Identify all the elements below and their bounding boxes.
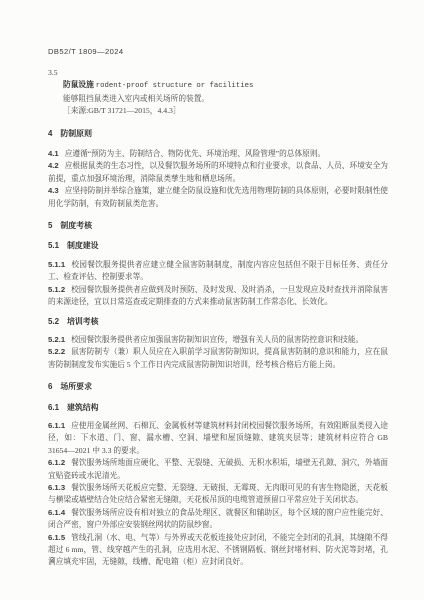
clause-5-2-1-text: 校园餐饮服务提供者应加强鼠害防制知识宣传，增强有关人员的鼠害防控意识和技能。 (71, 335, 363, 344)
term-name-zh: 防鼠设施 (63, 80, 94, 89)
term-line: 防鼠设施 rodent-proof structure or facilitie… (48, 79, 388, 92)
section-4-number: 4 (48, 129, 52, 138)
clause-4-2: 4.2应根据鼠类的生态习性，以及餐饮服务场所的环境特点和行业要求，以食品、人员、… (48, 160, 388, 185)
subsection-5-1-number: 5.1 (48, 241, 59, 250)
subsection-6-1-number: 6.1 (48, 403, 59, 412)
clause-6-1-4: 6.1.4餐饮服务场所应设有相对独立的食品处理区、就餐区和辅助区，每个区域的窗户… (48, 507, 388, 532)
clause-6-1-5: 6.1.5管线孔洞（水、电、气等）与外界或天花板连接处应封闭，不能完全封闭的孔洞… (48, 532, 388, 569)
clause-5-1-2-number: 5.1.2 (48, 285, 65, 294)
clause-6-1-3: 6.1.3餐饮服务场所天花板应完整、无裂缝、无破损、无霉斑、无肉眼可见的有害生物… (48, 482, 388, 507)
subsection-6-1-title: 建筑结构 (67, 403, 99, 412)
clause-6-1-1: 6.1.1应使用金属丝网、石棉瓦、金属板材等建筑材料封闭校园餐饮服务场所，有效阻… (48, 420, 388, 457)
clause-5-2-2: 5.2.2鼠害防制专（兼）职人员应在入职前学习鼠害防制知识，提高鼠害防制的意识和… (48, 346, 388, 371)
section-5-number: 5 (48, 221, 52, 230)
subsection-6-1-heading: 6.1建筑结构 (48, 402, 388, 414)
section-5-heading: 5制度考核 (48, 220, 388, 232)
clause-4-3-number: 4.3 (48, 186, 59, 195)
clause-4-2-number: 4.2 (48, 161, 59, 170)
section-6: 6场所要求 6.1建筑结构 6.1.1应使用金属丝网、石棉瓦、金属板材等建筑材料… (48, 381, 388, 569)
clause-6-1-1-text: 应使用金属丝网、石棉瓦、金属板材等建筑材料封闭校园餐饮服务场所，有效阻断鼠类侵入… (48, 421, 388, 455)
subsection-5-2-number: 5.2 (48, 317, 59, 326)
clause-4-1: 4.1应遵循“预防为主、防制结合、物防优先、环境治理、风险管理”的总体原则。 (48, 148, 388, 160)
clause-6-1-3-text: 餐饮服务场所天花板应完整、无裂缝、无破损、无霉斑、无肉眼可见的有害生物隐匿，天花… (48, 483, 388, 504)
document-code: DB52/T 1809—2024 (48, 46, 388, 58)
clause-4-1-number: 4.1 (48, 149, 59, 158)
clause-6-1-2: 6.1.2餐饮服务场所地面应硬化、平整、无裂缝、无破损、无积水积垢，墙壁无孔隙、… (48, 457, 388, 482)
section-6-heading: 6场所要求 (48, 381, 388, 393)
clause-4-2-text: 应根据鼠类的生态习性，以及餐饮服务场所的环境特点和行业要求，以食品、人员、环境安… (48, 161, 388, 182)
clause-5-1-2-text: 校园餐饮服务提供者应做到及时预防、及时发现、及时消杀，一旦发现应及时查找并消除鼠… (48, 285, 388, 306)
clause-4-3-text: 应坚持防制并举综合施策，建立健全防鼠设施和优先选用物理防制的具体原则，必要时限制… (48, 186, 388, 207)
section-6-number: 6 (48, 382, 52, 391)
clause-6-1-5-text: 管线孔洞（水、电、气等）与外界或天花板连接处应封闭，不能完全封闭的孔洞，其缝隙不… (48, 533, 388, 567)
clause-5-2-1: 5.2.1校园餐饮服务提供者应加强鼠害防制知识宣传，增强有关人员的鼠害防控意识和… (48, 334, 388, 346)
clause-5-1-1-text: 校园餐饮服务提供者应建立健全鼠害防制制度，制度内容应包括但不限于目标任务、责任分… (48, 260, 388, 281)
page-number: 2 (50, 555, 54, 564)
subsection-5-2-heading: 5.2培训考核 (48, 316, 388, 328)
clause-5-2-2-text: 鼠害防制专（兼）职人员应在入职前学习鼠害防制知识，提高鼠害防制的意识和能力，应在… (48, 347, 388, 368)
clause-4-3: 4.3应坚持防制并举综合施策，建立健全防鼠设施和优先选用物理防制的具体原则，必要… (48, 185, 388, 210)
clause-5-2-1-number: 5.2.1 (48, 335, 65, 344)
term-name-en: rodent-proof structure or facilities (96, 82, 254, 90)
document-page: DB52/T 1809—2024 3.5 防鼠设施 rodent-proof s… (0, 0, 424, 600)
term-number: 3.5 (48, 67, 388, 79)
section-5: 5制度考核 5.1制度建设 5.1.1校园餐饮服务提供者应建立健全鼠害防制制度，… (48, 220, 388, 371)
section-5-title: 制度考核 (60, 221, 92, 230)
section-4-heading: 4防制原则 (48, 128, 388, 140)
clause-6-1-4-text: 餐饮服务场所应设有相对独立的食品处理区、就餐区和辅助区，每个区域的窗户应性能完好… (48, 508, 388, 529)
clause-6-1-1-number: 6.1.1 (48, 421, 65, 430)
clause-5-1-1-number: 5.1.1 (48, 260, 65, 269)
term-source: ［来源:GB/T 31721—2015，4.4.3］ (48, 105, 388, 117)
clause-6-1-5-number: 6.1.5 (48, 533, 65, 542)
clause-5-1-1: 5.1.1校园餐饮服务提供者应建立健全鼠害防制制度，制度内容应包括但不限于目标任… (48, 259, 388, 284)
clause-4-1-text: 应遵循“预防为主、防制结合、物防优先、环境治理、风险管理”的总体原则。 (65, 149, 326, 158)
clause-6-1-2-number: 6.1.2 (48, 458, 65, 467)
clause-6-1-3-number: 6.1.3 (48, 483, 65, 492)
term-definition: 能够阻挡鼠类进入室内或相关场所的装置。 (48, 93, 388, 105)
clause-5-2-2-number: 5.2.2 (48, 347, 65, 356)
section-4-title: 防制原则 (60, 129, 92, 138)
section-4: 4防制原则 4.1应遵循“预防为主、防制结合、物防优先、环境治理、风险管理”的总… (48, 128, 388, 210)
subsection-5-1-heading: 5.1制度建设 (48, 240, 388, 252)
subsection-5-2-title: 培训考核 (67, 317, 99, 326)
clause-6-1-4-number: 6.1.4 (48, 508, 65, 517)
term-entry-3-5: 3.5 防鼠设施 rodent-proof structure or facil… (48, 67, 388, 118)
clause-6-1-2-text: 餐饮服务场所地面应硬化、平整、无裂缝、无破损、无积水积垢，墙壁无孔隙、洞穴，外墙… (48, 458, 388, 479)
subsection-5-1-title: 制度建设 (67, 241, 99, 250)
section-6-title: 场所要求 (60, 382, 92, 391)
clause-5-1-2: 5.1.2校园餐饮服务提供者应做到及时预防、及时发现、及时消杀，一旦发现应及时查… (48, 284, 388, 309)
